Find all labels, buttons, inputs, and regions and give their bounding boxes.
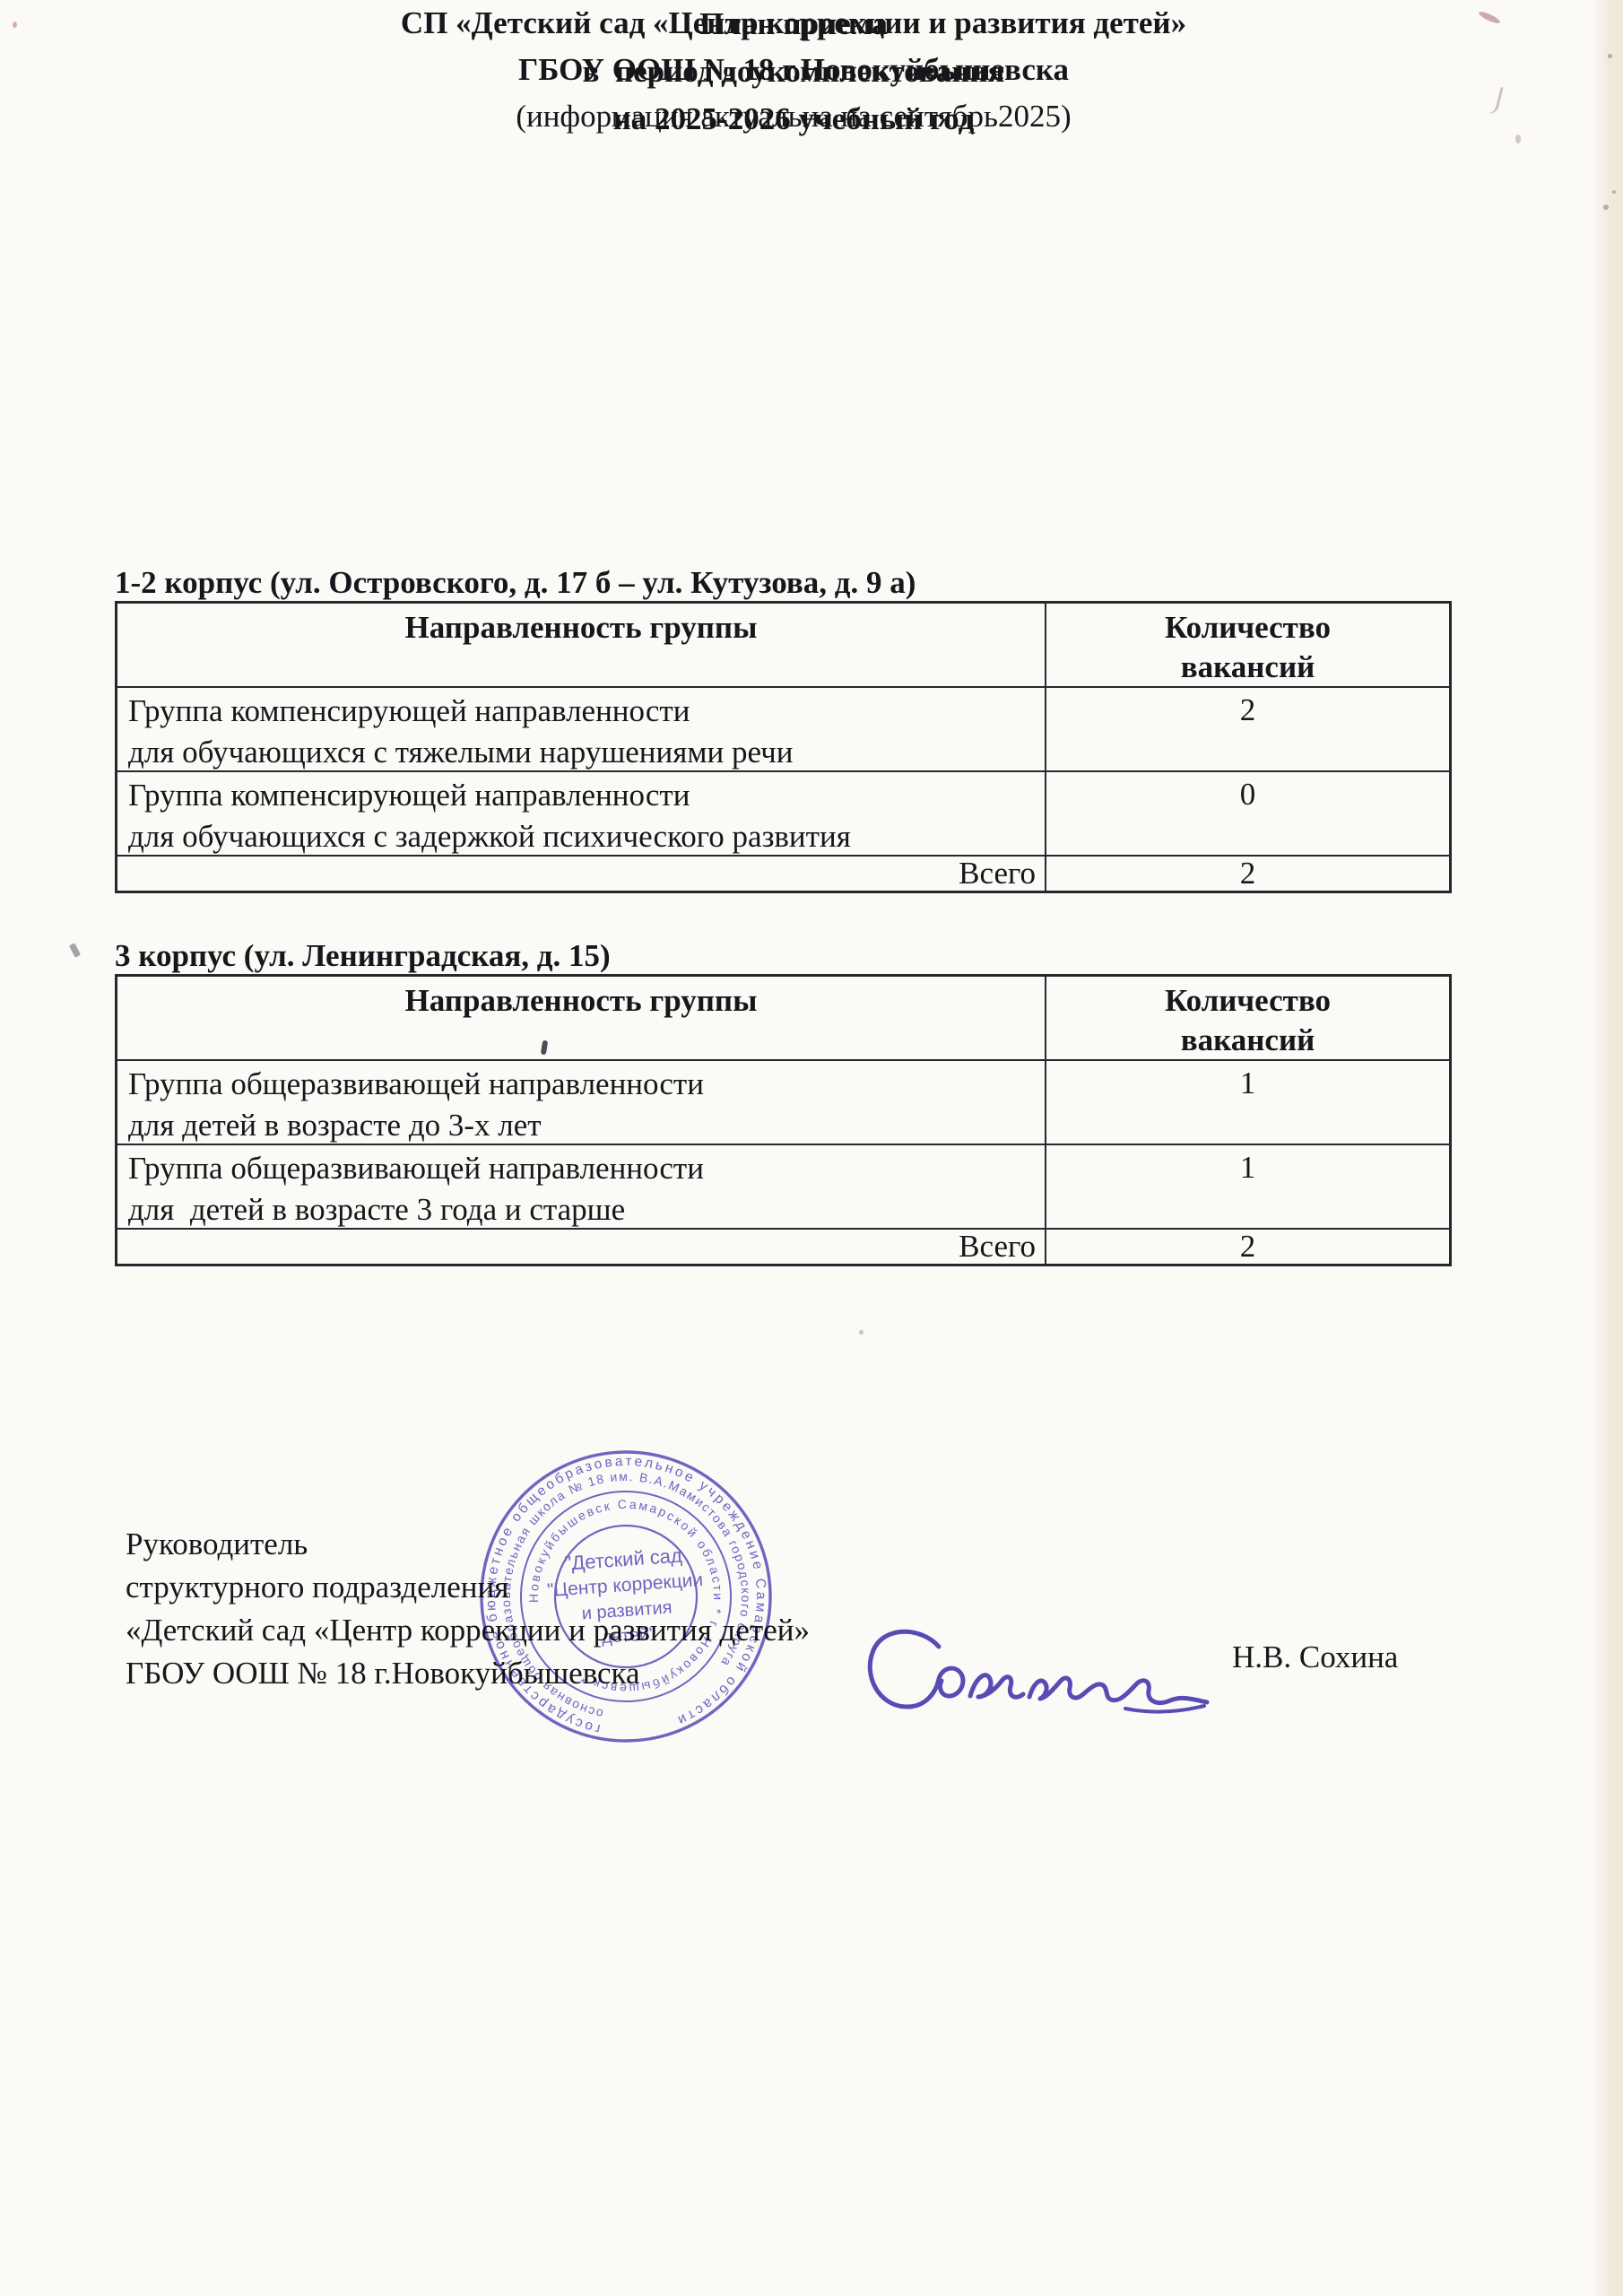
column-header-vacancy-count: Количество вакансий [1045,604,1449,686]
svg-text:государственное бюджетное обще: государственное бюджетное общеобразовате… [473,1444,778,1749]
vacancy-table-building-1-2: Направленность группы Количество ваканси… [115,601,1452,893]
scan-edge-strip [1593,0,1623,2296]
stamp-center-line-1: "Детский сад [564,1544,683,1575]
table-total-value: 2 [1045,1228,1449,1264]
stamp-outer-circle [473,1444,778,1749]
group-name-line-2: для обучающихся с тяжелыми нарушениями р… [128,732,1045,773]
group-name-line-2: для детей в возрасте до 3-х лет [128,1105,1045,1146]
table-row-vacancy-value: 2 [1045,686,1449,770]
signature-stroke [970,1675,1023,1698]
stamp-center-line-3: и развития [581,1597,673,1623]
stamp-ring-outer-text: государственное бюджетное общеобразовате… [473,1444,778,1749]
group-name-line-2: для детей в возрасте 3 года и старше [128,1189,1045,1231]
scan-speck [859,1330,864,1335]
signer-name: Н.В. Сохина [1232,1639,1398,1675]
column-header-vacancy-count-line-2: вакансий [1046,1021,1449,1060]
column-header-vacancy-count-line-2: вакансий [1046,648,1449,687]
scan-speck [1603,204,1609,210]
document-subtitle-block: СП «Детский сад «Центр коррекции и разви… [0,0,1587,140]
column-header-group-direction: Направленность группы [117,977,1045,1059]
group-name-line-1: Группа общеразвивающей направленности [128,1148,1045,1189]
group-name-line-1: Группа компенсирующей направленности [128,691,1045,732]
table-row-group-name: Группа общеразвивающей направленности дл… [117,1144,1045,1228]
column-header-group-direction: Направленность группы [117,604,1045,686]
scanned-document-page: План приема в период доукомплектования н… [0,0,1623,2296]
org-name-line-2: ГБОУ ООШ № 18 г.Новокуйбышевска [0,47,1587,93]
table-row-group-name: Группа компенсирующей направленности для… [117,686,1045,770]
section-heading-building-1-2: 1-2 корпус (ул. Островского, д. 17 б – у… [115,565,916,601]
table-row-vacancy-value: 1 [1045,1144,1449,1228]
section-heading-building-3: 3 корпус (ул. Ленинградская, д. 15) [115,938,611,974]
signature-stroke [1029,1678,1207,1703]
stamp-center-line-4: детей" [601,1624,656,1648]
vacancy-table-building-3: Направленность группы Количество ваканси… [115,974,1452,1266]
scan-speck [69,943,81,958]
group-name-line-1: Группа общеразвивающей направленности [128,1064,1045,1105]
signature-underline-stroke [1125,1706,1204,1712]
group-name-line-1: Группа компенсирующей направленности [128,775,1045,816]
official-round-stamp: государственное бюджетное общеобразовате… [473,1444,778,1749]
actuality-note: (информация актуальна на сентябрь2025) [0,93,1587,140]
scan-speck [1608,54,1612,58]
table-row-group-name: Группа общеразвивающей направленности дл… [117,1059,1045,1144]
group-name-line-2: для обучающихся с задержкой психического… [128,816,1045,857]
column-header-vacancy-count: Количество вакансий [1045,977,1449,1059]
table-total-label: Всего [117,1228,1045,1264]
org-name-line-1: СП «Детский сад «Центр коррекции и разви… [0,0,1587,47]
scan-speck [1515,135,1521,143]
table-row-vacancy-value: 1 [1045,1059,1449,1144]
column-header-vacancy-count-line-1: Количество [1046,981,1449,1021]
column-header-vacancy-count-line-1: Количество [1046,608,1449,648]
handwritten-signature [854,1625,1212,1719]
table-row-group-name: Группа компенсирующей направленности для… [117,770,1045,855]
signature-stroke [870,1631,963,1707]
table-total-value: 2 [1045,855,1449,891]
scan-speck [1612,190,1616,194]
table-total-label: Всего [117,855,1045,891]
table-row-vacancy-value: 0 [1045,770,1449,855]
scan-speck [13,22,17,28]
